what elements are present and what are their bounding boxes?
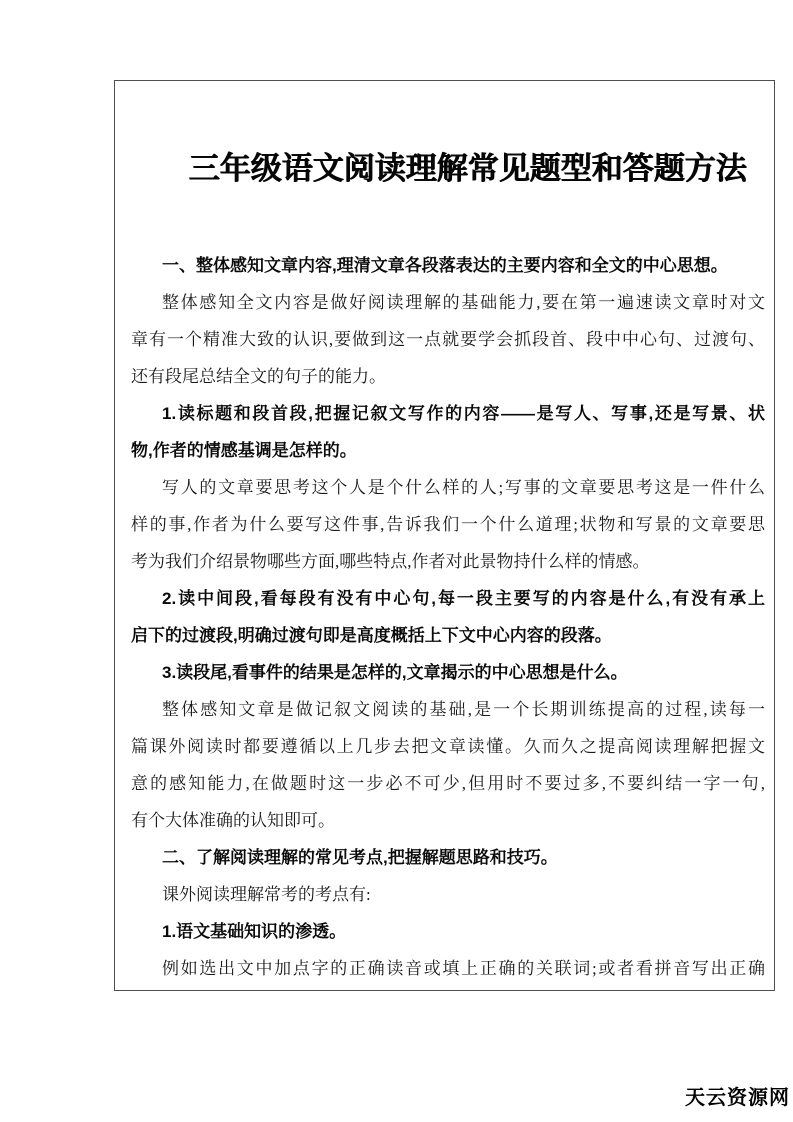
text-line: 1.语文基础知识的渗透。 bbox=[131, 913, 765, 950]
text-line: 2.读中间段,看每段有没有中心句,每一段主要写的内容是什么,有没有承上 bbox=[131, 580, 765, 617]
text-line: 样的事,作者为什么要写这件事,告诉我们一个什么道理;状物和写景的文章要思 bbox=[131, 506, 765, 543]
text-line: 例如选出文中加点字的正确读音或填上正确的关联词;或者看拼音写出正确 bbox=[131, 950, 765, 987]
text-line: 课外阅读理解常考的考点有: bbox=[131, 876, 765, 913]
text-line: 有个大体准确的认知即可。 bbox=[131, 802, 765, 839]
text-line: 1.读标题和段首段,把握记叙文写作的内容——是写人、写事,还是写景、状 bbox=[131, 395, 765, 432]
text-line: 篇课外阅读时都要遵循以上几步去把文章读懂。久而久之提高阅读理解把握文 bbox=[131, 728, 765, 765]
document-body: 一、整体感知文章内容,理清文章各段落表达的主要内容和全文的中心思想。整体感知全文… bbox=[115, 247, 774, 987]
watermark: 天云资源网 bbox=[685, 1081, 790, 1110]
page-title: 三年级语文阅读理解常见题型和答题方法 bbox=[115, 147, 774, 191]
scan-background: 三年级语文阅读理解常见题型和答题方法 一、整体感知文章内容,理清文章各段落表达的… bbox=[0, 0, 793, 1122]
text-line: 意的感知能力,在做题时这一步必不可少,但用时不要过多,不要纠结一字一句, bbox=[131, 765, 765, 802]
text-line: 二、了解阅读理解的常见考点,把握解题思路和技巧。 bbox=[131, 839, 765, 876]
text-line: 一、整体感知文章内容,理清文章各段落表达的主要内容和全文的中心思想。 bbox=[131, 247, 765, 284]
text-line: 写人的文章要思考这个人是个什么样的人;写事的文章要思考这是一件什么 bbox=[131, 469, 765, 506]
text-line: 3.读段尾,看事件的结果是怎样的,文章揭示的中心思想是什么。 bbox=[131, 654, 765, 691]
text-line: 考为我们介绍景物哪些方面,哪些特点,作者对此景物持什么样的情感。 bbox=[131, 543, 765, 580]
text-line: 启下的过渡段,明确过渡句即是高度概括上下文中心内容的段落。 bbox=[131, 617, 765, 654]
text-line: 整体感知全文内容是做好阅读理解的基础能力,要在第一遍速读文章时对文 bbox=[131, 284, 765, 321]
document-page: 三年级语文阅读理解常见题型和答题方法 一、整体感知文章内容,理清文章各段落表达的… bbox=[114, 80, 775, 991]
text-line: 章有一个精准大致的认识,要做到这一点就要学会抓段首、段中中心句、过渡句、 bbox=[131, 321, 765, 358]
text-line: 还有段尾总结全文的句子的能力。 bbox=[131, 358, 765, 395]
text-line: 物,作者的情感基调是怎样的。 bbox=[131, 432, 765, 469]
text-line: 整体感知文章是做记叙文阅读的基础,是一个长期训练提高的过程,读每一 bbox=[131, 691, 765, 728]
